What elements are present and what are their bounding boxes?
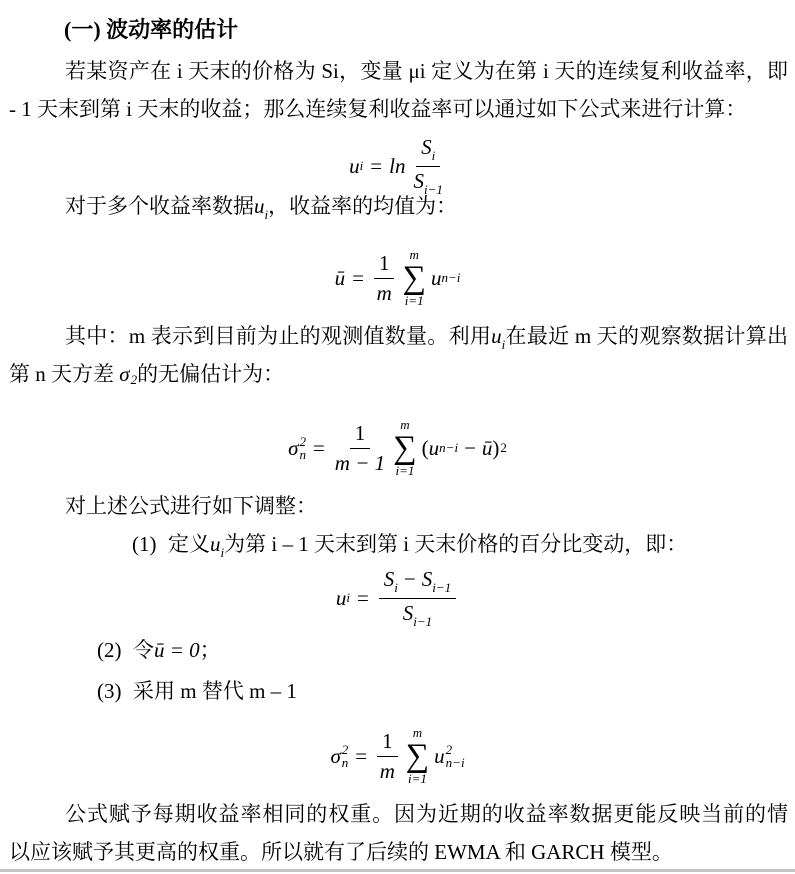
f3-sum-lower-limit: i=1 [395,464,414,478]
f1-fraction: Si Si−1 [413,135,442,198]
f1-lhs: u [349,154,360,178]
f4-den-subscript: i−1 [413,614,432,629]
f5-summation: m ∑ i=1 [406,726,430,786]
para1-line1: 若某资产在 i 天末的价格为 Si，变量 μi 定义为在第 i 天的连续复利收益… [9,58,788,86]
formula-mean-return: ū = 1 m m ∑ i=1 un−i [0,238,795,318]
section-heading: (一) 波动率的估计 [64,17,238,43]
f3-minus: − [464,436,476,460]
f3-coef-denominator: m − 1 [335,449,385,475]
para3-u-variable: u [491,324,502,348]
para2-u-variable: u [254,194,265,218]
f2-sum-symbol: ∑ [402,262,426,294]
f3-lhs-sigma: σ [288,436,298,460]
formula-percent-change: ui = Si−Si−1 Si−1 [0,566,795,630]
item2-marker: (2) [97,637,133,664]
f5-lhs-supsub: 2n [342,743,349,769]
f5-term-sub: n−i [446,756,465,769]
f5-coef-denominator: m [380,757,395,783]
para3-line2-pre: 第 n 天方差 [9,362,119,386]
para2-text-post: ，收益率的均值为： [268,194,457,218]
para3-sigma-variable: σ [119,362,129,386]
item3-marker: (3) [97,678,133,705]
para3-line1: 其中：m 表示到目前为止的观测值数量。利用ui在最近 m 天的观察数据计算出的 [9,323,788,351]
f2-coefficient-fraction: 1 m [374,251,395,304]
f4-num1-subscript: i [394,580,398,595]
formula-log-return: ui = ln Si Si−1 [0,138,795,194]
f2-term-subscript: n−i [441,271,460,286]
item1-marker: (1) [132,531,168,558]
f3-summation: m ∑ i=1 [393,418,417,478]
document-page: (一) 波动率的估计 若某资产在 i 天末的价格为 Si，变量 μi 定义为在第… [0,0,795,874]
f2-equals: = [352,266,364,290]
item2-math: ū = 0 [154,638,200,662]
f3-lhs-supsub: 2n [299,435,306,461]
formula-simplified-variance: σ2n = 1 m m ∑ i=1 u2n−i [0,714,795,798]
f5-term-supsub: 2n−i [446,743,465,769]
list-item-3: (3)采用 m 替代 m – 1 [9,678,788,706]
f4-equals: = [357,586,369,610]
f2-lhs-ubar: ū [335,266,346,290]
f4-lhs-subscript: i [346,591,350,606]
item1-text-post: 为第 i – 1 天末到第 i 天末价格的百分比变动，即： [224,532,687,556]
item2-text-post: ； [200,638,221,662]
item2-text-pre: 令 [133,638,154,662]
f3-coefficient-fraction: 1 m − 1 [335,421,385,474]
page-bottom-rule [0,869,795,872]
f1-num-subscript: i [432,148,436,163]
f1-ln-function: ln [389,154,405,178]
f5-term-base: u [434,744,445,768]
para2-text-pre: 对于多个收益率数据 [65,194,254,218]
f4-num-minus: − [404,567,416,591]
f5-coefficient-fraction: 1 m [377,729,398,782]
f3-equals: = [313,436,325,460]
para2: 对于多个收益率数据ui，收益率的均值为： [9,193,788,221]
f2-summation: m ∑ i=1 [402,248,426,308]
para1-line2: - 1 天末到第 i 天末的收益；那么连续复利收益率可以通过如下公式来进行计算： [9,96,788,124]
f4-num2-subscript: i−1 [432,580,451,595]
f5-equals: = [355,744,367,768]
f3-close-paren: ) [492,436,499,460]
para4: 对上述公式进行如下调整： [9,493,788,521]
f4-lhs: u [336,586,347,610]
f1-equals: = [370,154,382,178]
para5-line1: 公式赋予每期收益率相同的权重。因为近期的收益率数据更能反映当前的情况，所 [9,801,788,829]
formula-unbiased-variance: σ2n = 1 m − 1 m ∑ i=1 (un−i−ū)2 [0,406,795,490]
f3-outer-superscript: 2 [500,441,507,456]
f5-lhs-sigma: σ [330,744,340,768]
f4-numerator: Si−Si−1 [379,567,456,599]
para3-line1-pre: 其中：m 表示到目前为止的观测值数量。利用 [65,324,491,348]
f5-sum-symbol: ∑ [406,740,430,772]
f3-coef-numerator: 1 [350,421,371,448]
f5-coef-numerator: 1 [377,729,398,756]
f3-term1-base: u [429,436,440,460]
item1-u-variable: u [210,532,221,556]
f1-lhs-subscript: i [360,159,364,174]
f4-den-base: S [403,601,414,625]
f4-denominator: Si−1 [403,599,432,630]
f1-num-base: S [421,135,432,159]
para3-sigma-sub: n [131,386,138,389]
f3-term1-subscript: n−i [439,441,458,456]
f2-coef-numerator: 1 [374,251,395,278]
f1-numerator: Si [416,135,440,167]
f5-lhs-sub: n [342,756,349,769]
f3-sum-symbol: ∑ [393,432,417,464]
f4-fraction: Si−Si−1 Si−1 [379,567,456,630]
para5-line2: 以应该赋予其更高的权重。所以就有了后续的 EWMA 和 GARCH 模型。 [9,839,788,867]
f3-term2-ubar: ū [482,436,493,460]
f1-den-base: S [413,169,424,193]
f2-coef-denominator: m [377,279,392,305]
para3-line2-post: 的无偏估计为： [137,362,284,386]
item1-text-pre: 定义 [168,532,210,556]
para3-line2: 第 n 天方差 σ2n的无偏估计为： [9,361,788,389]
f2-sum-lower-limit: i=1 [405,294,424,308]
f3-lhs-sub: n [299,448,306,461]
f4-num2-base: S [422,567,433,591]
f5-sum-lower-limit: i=1 [408,772,427,786]
list-item-2: (2)令ū = 0； [9,637,788,665]
item3-text: 采用 m 替代 m – 1 [133,679,297,703]
f4-num1-base: S [384,567,395,591]
f2-term-base: u [431,266,442,290]
f3-open-paren: ( [422,436,429,460]
list-item-1: (1)定义ui为第 i – 1 天末到第 i 天末价格的百分比变动，即： [9,531,788,559]
